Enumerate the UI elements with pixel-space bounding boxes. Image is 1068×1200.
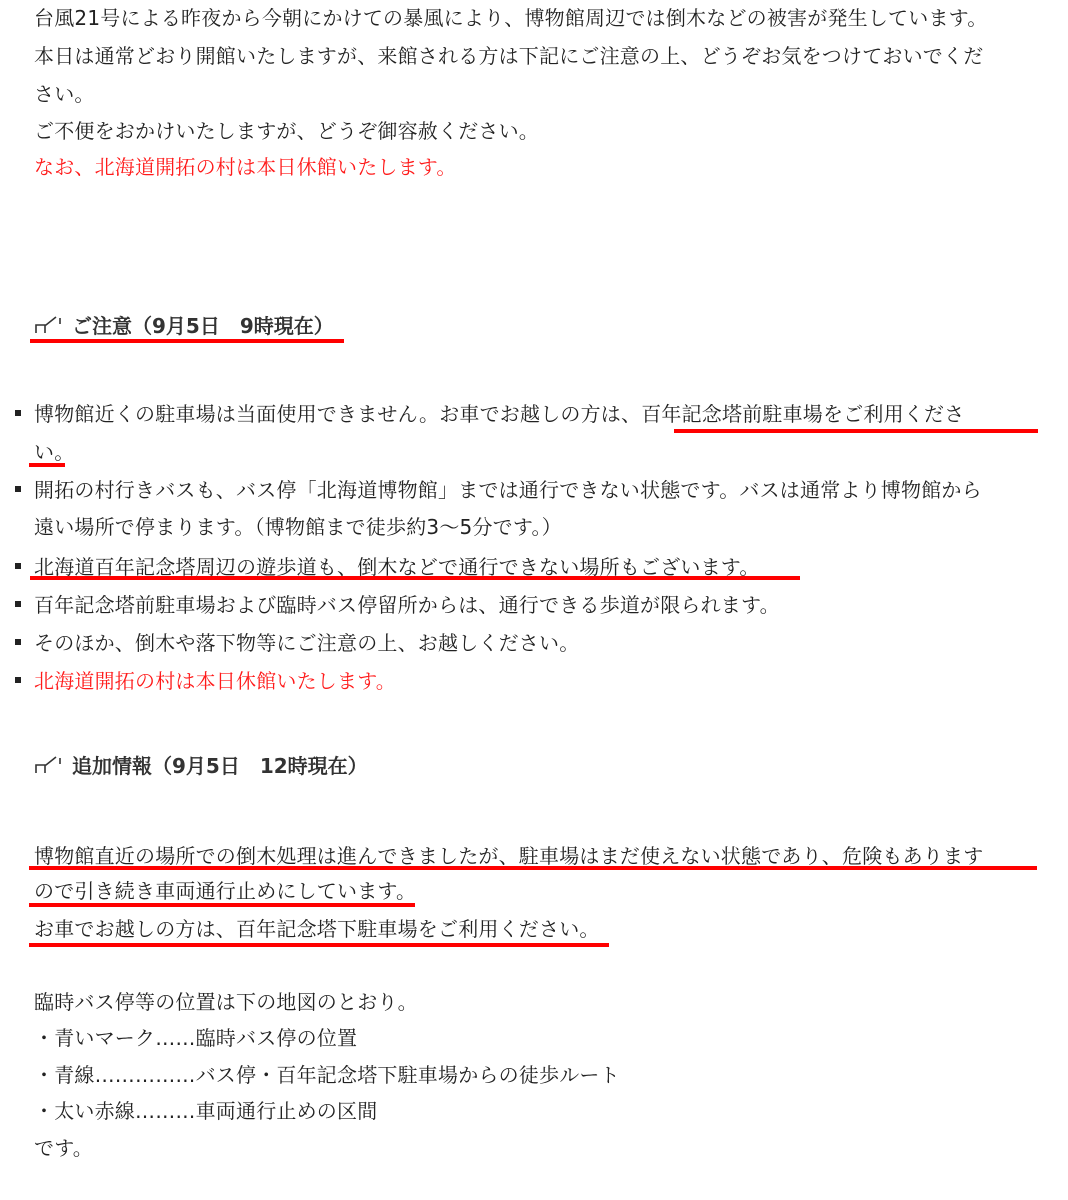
caution-item-4: 百年記念塔前駐車場および臨時バス停留所からは、通行できる歩道が限られます。 — [34, 591, 780, 619]
caution-item-1-line-2: い。 — [34, 438, 74, 466]
pencil-chair-icon — [34, 754, 62, 774]
bullet-icon — [15, 601, 21, 607]
caution-item-2-line-2: 遠い場所で停まります。（博物館まで徒歩約3～5分です。） — [34, 513, 562, 541]
closure-notice: なお、北海道開拓の村は本日休館いたします。 — [34, 153, 457, 181]
update-line-2: ので引き続き車両通行止めにしています。 — [34, 877, 416, 905]
highlight-underline — [30, 576, 800, 580]
highlight-underline — [29, 903, 415, 907]
caution-item-5: そのほか、倒木や落下物等にご注意の上、お越しください。 — [34, 629, 579, 657]
intro-line-3: さい。 — [34, 80, 95, 108]
update-heading: 追加情報（9月5日 12時現在） — [34, 752, 368, 780]
intro-line-1: 台風21号による昨夜から今朝にかけての暴風により、博物館周辺では倒木などの被害が… — [34, 4, 987, 32]
highlight-underline — [674, 429, 1038, 433]
legend-red-line: ・太い赤線………車両通行止めの区間 — [34, 1097, 377, 1125]
caution-item-2-line-1: 開拓の村行きバスも、バス停「北海道博物館」までは通行できない状態です。バスは通常… — [34, 476, 982, 504]
map-intro: 臨時バス停等の位置は下の地図のとおり。 — [34, 988, 418, 1016]
legend-blue-line: ・青線……………バス停・百年記念塔下駐車場からの徒歩ルート — [34, 1061, 620, 1089]
caution-item-1-highlight: 百年記念塔前駐車場をご利用くださ — [641, 402, 964, 426]
update-heading-text: 追加情報（9月5日 12時現在） — [72, 754, 368, 778]
bullet-icon — [15, 639, 21, 645]
update-line-3: お車でお越しの方は、百年記念塔下駐車場をご利用ください。 — [34, 915, 600, 943]
highlight-underline — [29, 866, 1037, 870]
caution-heading-text: ご注意（9月5日 9時現在） — [72, 314, 334, 338]
bullet-icon — [15, 410, 21, 416]
intro-line-2: 本日は通常どおり開館いたしますが、来館される方は下記にご注意の上、どうぞお気をつ… — [34, 42, 983, 70]
legend-blue-mark: ・青いマーク……臨時バス停の位置 — [34, 1024, 357, 1052]
intro-line-4: ご不便をおかけいたしますが、どうぞ御容赦ください。 — [34, 117, 539, 145]
caution-item-6-closure: 北海道開拓の村は本日休館いたします。 — [34, 667, 396, 695]
highlight-underline — [29, 463, 65, 467]
legend-end: です。 — [34, 1134, 93, 1162]
bullet-icon — [15, 563, 21, 569]
bullet-icon — [15, 677, 21, 683]
heading-underline — [30, 339, 344, 343]
caution-item-1-line-1: 博物館近くの駐車場は当面使用できません。お車でお越しの方は、百年記念塔前駐車場を… — [34, 400, 964, 428]
pencil-chair-icon — [34, 314, 62, 334]
caution-heading: ご注意（9月5日 9時現在） — [34, 312, 334, 340]
bullet-icon — [15, 486, 21, 492]
caution-item-1-text: 博物館近くの駐車場は当面使用できません。お車でお越しの方は、 — [34, 402, 641, 426]
highlight-underline — [29, 943, 609, 947]
